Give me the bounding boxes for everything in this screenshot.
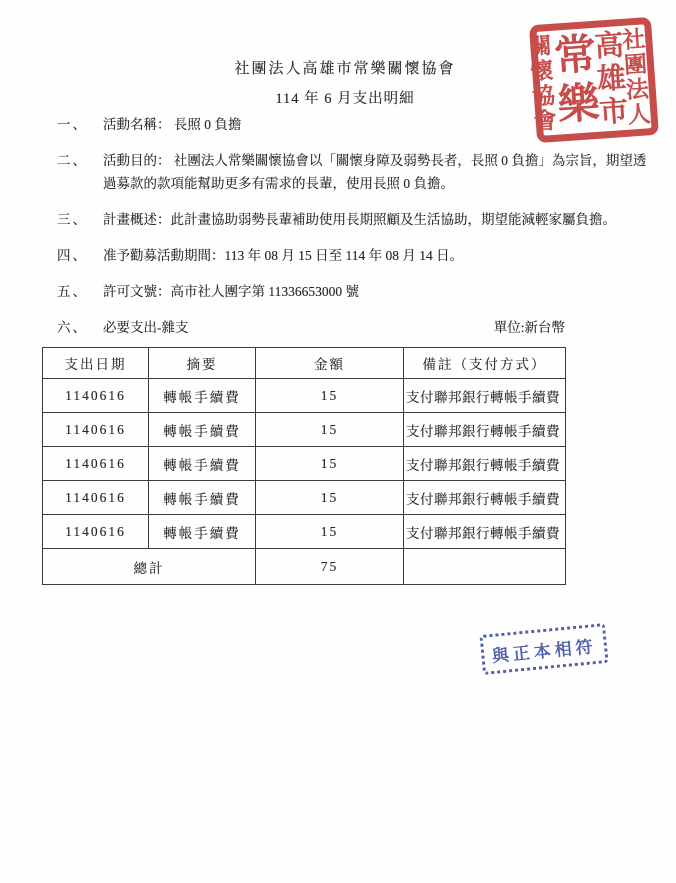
list-item-activity-name: 一、 活動名稱： 長照 0 負擔 xyxy=(57,113,649,136)
table-row: 1140616 轉帳手續費 15 支付聯邦銀行轉帳手續費 xyxy=(43,481,566,515)
table-row: 1140616 轉帳手續費 15 支付聯邦銀行轉帳手續費 xyxy=(43,413,566,447)
item-number: 一、 xyxy=(57,113,103,136)
cell-amount: 15 xyxy=(256,379,404,413)
cell-date: 1140616 xyxy=(43,379,149,413)
cell-date: 1140616 xyxy=(43,515,149,549)
header-summary: 摘要 xyxy=(149,348,256,379)
list-item-necessary-expense: 六、 必要支出-雜支 單位:新台幣 xyxy=(57,316,649,339)
list-item-plan-overview: 三、 計畫概述：此計畫協助弱勢長輩補助使用長期照顧及生活協助，期望能減輕家屬負擔… xyxy=(57,208,649,231)
certified-true-copy-stamp: 與正本相符 xyxy=(479,623,608,675)
list-item-permit-number: 五、 許可文號：高市社人團字第 11336653000 號 xyxy=(57,280,649,303)
total-label-cell: 總計 xyxy=(43,549,256,585)
cell-summary: 轉帳手續費 xyxy=(149,379,256,413)
table-row: 1140616 轉帳手續費 15 支付聯邦銀行轉帳手續費 xyxy=(43,447,566,481)
organization-name-title: 社團法人高雄市常樂關懷協會 xyxy=(0,57,676,78)
cell-date: 1140616 xyxy=(43,447,149,481)
numbered-item-list: 一、 活動名稱： 長照 0 負擔 二、 活動目的： 社團法人常樂關懷協會以「關懷… xyxy=(57,113,649,352)
total-amount-cell: 75 xyxy=(256,549,404,585)
item-number: 六、 xyxy=(57,316,103,339)
total-note-cell-empty xyxy=(404,549,566,585)
item-number: 二、 xyxy=(57,149,103,195)
cell-summary: 轉帳手續費 xyxy=(149,413,256,447)
cell-summary: 轉帳手續費 xyxy=(149,447,256,481)
report-period-title: 114 年 6 月支出明細 xyxy=(0,87,676,108)
table-row: 1140616 轉帳手續費 15 支付聯邦銀行轉帳手續費 xyxy=(43,515,566,549)
item-text: 活動目的： 社團法人常樂關懷協會以「關懷身障及弱勢長者，長照 0 負擔」為宗旨，… xyxy=(103,149,649,195)
cell-summary: 轉帳手續費 xyxy=(149,515,256,549)
cell-note: 支付聯邦銀行轉帳手續費 xyxy=(404,379,566,413)
item-number: 五、 xyxy=(57,280,103,303)
list-item-fundraising-period: 四、 准予勸募活動期間：113 年 08 月 15 日至 114 年 08 月 … xyxy=(57,244,649,267)
item-text: 活動名稱： 長照 0 負擔 xyxy=(103,113,649,136)
table-row: 1140616 轉帳手續費 15 支付聯邦銀行轉帳手續費 xyxy=(43,379,566,413)
cell-date: 1140616 xyxy=(43,481,149,515)
cell-amount: 15 xyxy=(256,447,404,481)
item-number: 四、 xyxy=(57,244,103,267)
header-amount: 金額 xyxy=(256,348,404,379)
table-header-row: 支出日期 摘要 金額 備註（支付方式） xyxy=(43,348,566,379)
expense-category-label: 必要支出-雜支 xyxy=(103,316,189,339)
cell-amount: 15 xyxy=(256,481,404,515)
header-expense-date: 支出日期 xyxy=(43,348,149,379)
currency-unit-label: 單位:新台幣 xyxy=(494,316,565,339)
scanned-expense-report-page: 社團法人 高雄市 常樂 關懷協會 社團法人高雄市常樂關懷協會 114 年 6 月… xyxy=(0,0,676,883)
cell-date: 1140616 xyxy=(43,413,149,447)
list-item-activity-purpose: 二、 活動目的： 社團法人常樂關懷協會以「關懷身障及弱勢長者，長照 0 負擔」為… xyxy=(57,149,649,195)
cell-amount: 15 xyxy=(256,413,404,447)
cell-amount: 15 xyxy=(256,515,404,549)
item-text: 計畫概述：此計畫協助弱勢長輩補助使用長期照顧及生活協助，期望能減輕家屬負擔。 xyxy=(103,208,649,231)
item-text: 許可文號：高市社人團字第 11336653000 號 xyxy=(103,280,649,303)
cell-note: 支付聯邦銀行轉帳手續費 xyxy=(404,515,566,549)
cell-note: 支付聯邦銀行轉帳手續費 xyxy=(404,481,566,515)
item-number: 三、 xyxy=(57,208,103,231)
header-note: 備註（支付方式） xyxy=(404,348,566,379)
cell-note: 支付聯邦銀行轉帳手續費 xyxy=(404,447,566,481)
certified-true-copy-text: 與正本相符 xyxy=(491,632,598,667)
item-text: 准予勸募活動期間：113 年 08 月 15 日至 114 年 08 月 14 … xyxy=(103,244,649,267)
document-title-block: 社團法人高雄市常樂關懷協會 114 年 6 月支出明細 xyxy=(0,57,676,108)
cell-summary: 轉帳手續費 xyxy=(149,481,256,515)
cell-note: 支付聯邦銀行轉帳手續費 xyxy=(404,413,566,447)
table-total-row: 總計 75 xyxy=(43,549,566,585)
expense-detail-table: 支出日期 摘要 金額 備註（支付方式） 1140616 轉帳手續費 15 支付聯… xyxy=(42,347,566,585)
